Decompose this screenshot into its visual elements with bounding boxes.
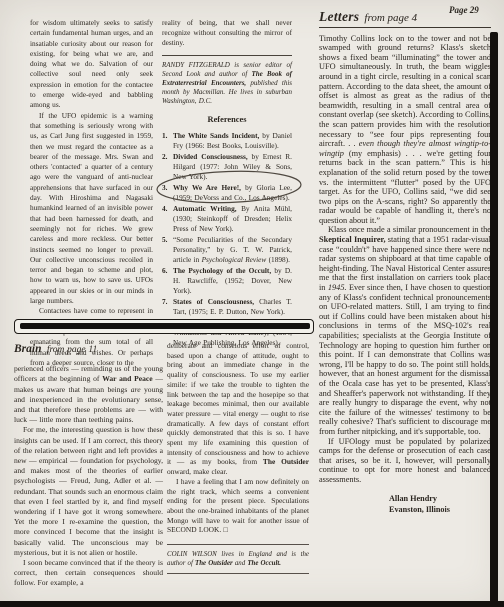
paragraph: for wisdom ultimately seeks to satisfy c… — [30, 18, 153, 111]
reference-item: 5.“Some Peculiarities of the Secondary P… — [162, 235, 292, 265]
ufo-article-column-1: for wisdom ultimately seeks to satisfy c… — [30, 18, 153, 368]
wilson-column: deliberate and conscious effort of contr… — [167, 341, 309, 574]
paragraph: Klass once made a similar pronouncement … — [319, 225, 491, 436]
magazine-page: for wisdom ultimately seeks to satisfy c… — [0, 0, 504, 607]
reference-item: 7.States of Consciousness, Charles T. Ta… — [162, 297, 292, 317]
paragraph: If the UFO epidemic is a warning that so… — [30, 111, 153, 307]
reference-text: States of Consciousness, Charles T. Tart… — [173, 297, 292, 317]
ufo-article-closing-text: reality of being, that we shall never re… — [162, 18, 292, 48]
references-list: 1.The White Sands Incident, by Daniel Fr… — [162, 131, 292, 348]
paragraph: deliberate and conscious effort of contr… — [167, 341, 309, 477]
brain-title-continuation: from page 11 — [47, 345, 97, 355]
reference-number: 5. — [162, 235, 173, 265]
reference-text: “Some Peculiarities of the Secondary Per… — [173, 235, 292, 265]
section-divider-bar — [14, 319, 314, 334]
letter-body: Timothy Collins lock on to the tower and… — [319, 34, 491, 485]
reference-item: 1.The White Sands Incident, by Daniel Fr… — [162, 131, 292, 151]
paragraph: reality of being, that we shall never re… — [162, 18, 292, 48]
references-title: References — [162, 115, 292, 125]
reference-number: 6. — [162, 266, 173, 296]
paragraph: For me, the interesting question is how … — [14, 425, 163, 558]
letters-column: Letters from page 4 Timothy Collins lock… — [319, 12, 491, 515]
brain-section-header: Brain from page 11 — [14, 344, 163, 355]
page-edge-bar-bottom — [0, 601, 504, 607]
paragraph: Timothy Collins lock on to the tower and… — [319, 34, 491, 226]
letter-signature: Allan Hendry Evanston, Illinois — [389, 493, 491, 515]
paragraph: I have a feeling that I am now definitel… — [167, 477, 309, 535]
brain-body: perienced officers — reminding us of the… — [14, 364, 163, 588]
wilson-author-note: COLIN WILSON lives in England and is the… — [167, 544, 309, 574]
brain-title: Brain — [14, 343, 42, 355]
reference-number: 1. — [162, 131, 173, 151]
author-bio: RANDY FITZGERALD is senior editor of Sec… — [162, 55, 292, 106]
paragraph: I soon became convinced that if the theo… — [14, 558, 163, 589]
letters-title-continuation: from page 4 — [364, 12, 417, 24]
paragraph: perienced officers — reminding us of the… — [14, 364, 163, 425]
signature-name: Allan Hendry — [389, 493, 491, 504]
reference-text: The White Sands Incident, by Daniel Fry … — [173, 131, 292, 151]
paragraph: If UFOlogy must be populated by polarize… — [319, 437, 491, 485]
page-edge-bar-right — [490, 32, 498, 607]
reference-text: The Psychology of the Occult, by D. H. R… — [173, 266, 292, 296]
letters-title: Letters — [319, 9, 359, 24]
handwritten-circle-annotation — [152, 167, 308, 209]
divider-bar-fill — [20, 323, 310, 329]
letters-section-header: Letters from page 4 — [319, 12, 491, 28]
wilson-body: deliberate and conscious effort of contr… — [167, 341, 309, 535]
reference-number: 7. — [162, 297, 173, 317]
reference-item: 6.The Psychology of the Occult, by D. H.… — [162, 266, 292, 296]
brain-column: Brain from page 11 perienced officers — … — [14, 344, 163, 589]
signature-location: Evanston, Illinois — [389, 504, 491, 515]
